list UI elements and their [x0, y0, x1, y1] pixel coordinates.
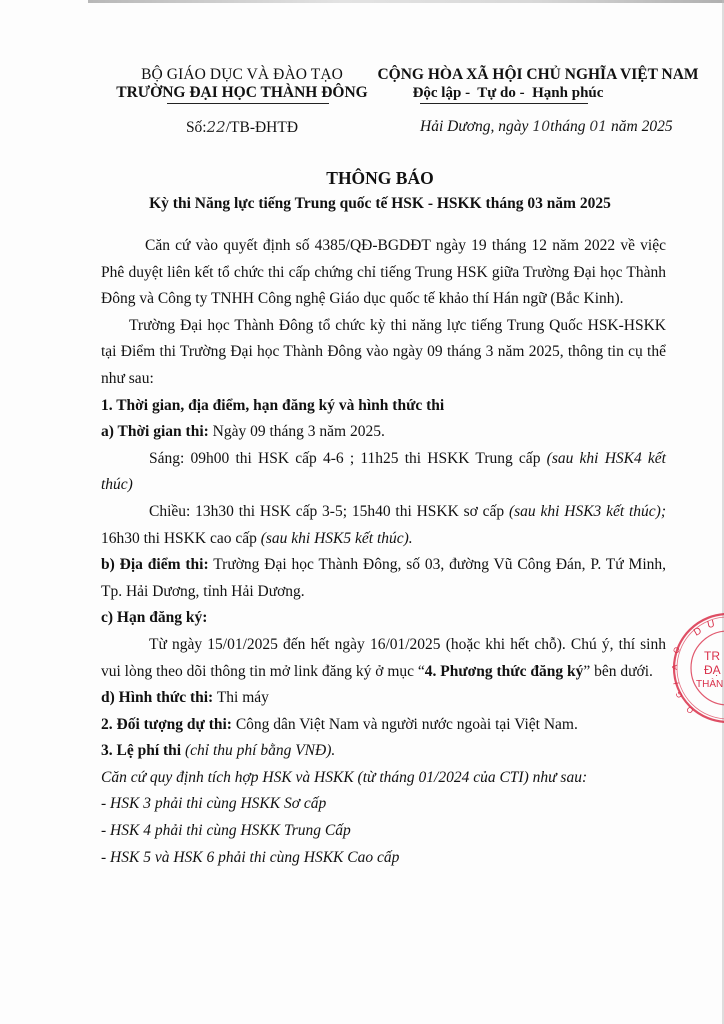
doc-number-suffix: /TB-ĐHTĐ: [226, 119, 298, 136]
month-handwritten: 01: [589, 119, 607, 135]
item-d-format: d) Hình thức thi: Thi máy: [101, 685, 666, 712]
paragraph-legal-basis: Căn cứ vào quyết định số 4385/QĐ-BGDĐT n…: [101, 233, 666, 313]
rule-item: - HSK 5 và HSK 6 phải thi cùng HSKK Cao …: [101, 845, 666, 872]
afternoon-schedule: Chiều: 13h30 thi HSK cấp 3-5; 15h40 thi …: [101, 499, 666, 552]
national-motto: Độc lập - Tự do - Hạnh phúc: [342, 84, 674, 102]
svg-text:O: O: [672, 646, 682, 655]
place-date: Hải Dương, ngày 10tháng 01 năm 2025: [420, 118, 710, 136]
rule-item: - HSK 4 phải thi cùng HSKK Trung Cấp: [101, 818, 666, 845]
afternoon-text-2: 16h30 thi HSKK cao cấp: [101, 530, 261, 547]
svg-text:U: U: [706, 619, 715, 631]
section-1-heading: 1. Thời gian, địa điểm, hạn đăng ký và h…: [101, 393, 666, 420]
section-3-label: 3. Lệ phí thi: [101, 742, 181, 759]
morning-text: Sáng: 09h00 thi HSK cấp 4-6 ; 11h25 thi …: [149, 450, 547, 467]
motto-underline: [420, 103, 588, 104]
morning-schedule: Sáng: 09h00 thi HSK cấp 4-6 ; 11h25 thi …: [101, 446, 666, 499]
section-2-value: Công dân Việt Nam và người nước ngoài tạ…: [232, 716, 578, 733]
section-3-note: (chỉ thu phí bằng VNĐ).: [181, 742, 335, 759]
item-c-link-ref: 4. Phương thức đăng ký: [425, 663, 584, 680]
seal-line-2: ĐẠ: [704, 663, 721, 677]
doc-number-handwritten: 22: [207, 118, 226, 136]
republic-name: CỘNG HÒA XÃ HỘI CHỦ NGHĨA VIỆT NAM: [372, 66, 704, 84]
official-seal-icon: D U O A I G O TR ĐẠ THÀN: [672, 612, 724, 724]
school-underline: [167, 103, 329, 104]
afternoon-note-1: (sau khi HSK3 kết thúc);: [509, 503, 666, 520]
item-b-location: b) Địa điểm thi: Trường Đại học Thành Đô…: [101, 552, 666, 605]
item-b-label: b) Địa điểm thi:: [101, 556, 209, 573]
section-2-candidates: 2. Đối tượng dự thi: Công dân Việt Nam v…: [101, 712, 666, 739]
document-page: BỘ GIÁO DỤC VÀ ĐÀO TẠO TRƯỜNG ĐẠI HỌC TH…: [0, 0, 724, 1024]
section-3-fee: 3. Lệ phí thi (chỉ thu phí bằng VNĐ).: [101, 738, 666, 765]
section-2-label: 2. Đối tượng dự thi:: [101, 716, 232, 733]
item-c-text-post: ” bên dưới.: [583, 663, 653, 680]
svg-text:D: D: [692, 625, 704, 638]
item-d-label: d) Hình thức thi:: [101, 689, 213, 706]
item-a-exam-time: a) Thời gian thi: Ngày 09 tháng 3 năm 20…: [101, 419, 666, 446]
item-c-deadline: Từ ngày 15/01/2025 đến hết ngày 16/01/20…: [101, 632, 666, 685]
svg-text:A: A: [672, 664, 679, 670]
afternoon-note-2: (sau khi HSK5 kết thúc).: [261, 530, 413, 547]
item-d-value: Thi máy: [213, 689, 269, 706]
item-a-label: a) Thời gian thi:: [101, 423, 209, 440]
national-header: CỘNG HÒA XÃ HỘI CHỦ NGHĨA VIỆT NAM Độc l…: [372, 66, 704, 104]
document-body: Căn cứ vào quyết định số 4385/QĐ-BGDĐT n…: [101, 233, 666, 871]
document-subtitle: Kỳ thi Năng lực tiếng Trung quốc tế HSK …: [0, 195, 724, 213]
item-a-value: Ngày 09 tháng 3 năm 2025.: [209, 423, 385, 440]
item-c-label: c) Hạn đăng ký:: [101, 605, 666, 632]
document-number: Số:22/TB-ĐHTĐ: [96, 118, 388, 137]
seal-line-3: THÀN: [696, 677, 723, 690]
seal-line-1: TR: [704, 649, 720, 663]
month-label: tháng: [550, 118, 589, 135]
integration-note: Căn cứ quy định tích hợp HSK và HSKK (từ…: [101, 765, 666, 792]
place-label: Hải Dương, ngày: [420, 118, 532, 135]
paragraph-intro: Trường Đại học Thành Đông tổ chức kỳ thi…: [101, 313, 666, 393]
doc-number-prefix: Số:: [186, 119, 207, 136]
scan-edge-top: [88, 0, 724, 3]
afternoon-text: Chiều: 13h30 thi HSK cấp 3-5; 15h40 thi …: [149, 503, 509, 520]
year-label: năm 2025: [607, 118, 672, 135]
day-handwritten: 10: [532, 119, 550, 135]
rule-item: - HSK 3 phải thi cùng HSKK Sơ cấp: [101, 791, 666, 818]
ministry-name: BỘ GIÁO DỤC VÀ ĐÀO TẠO: [96, 66, 388, 84]
document-title: THÔNG BÁO: [0, 168, 724, 189]
